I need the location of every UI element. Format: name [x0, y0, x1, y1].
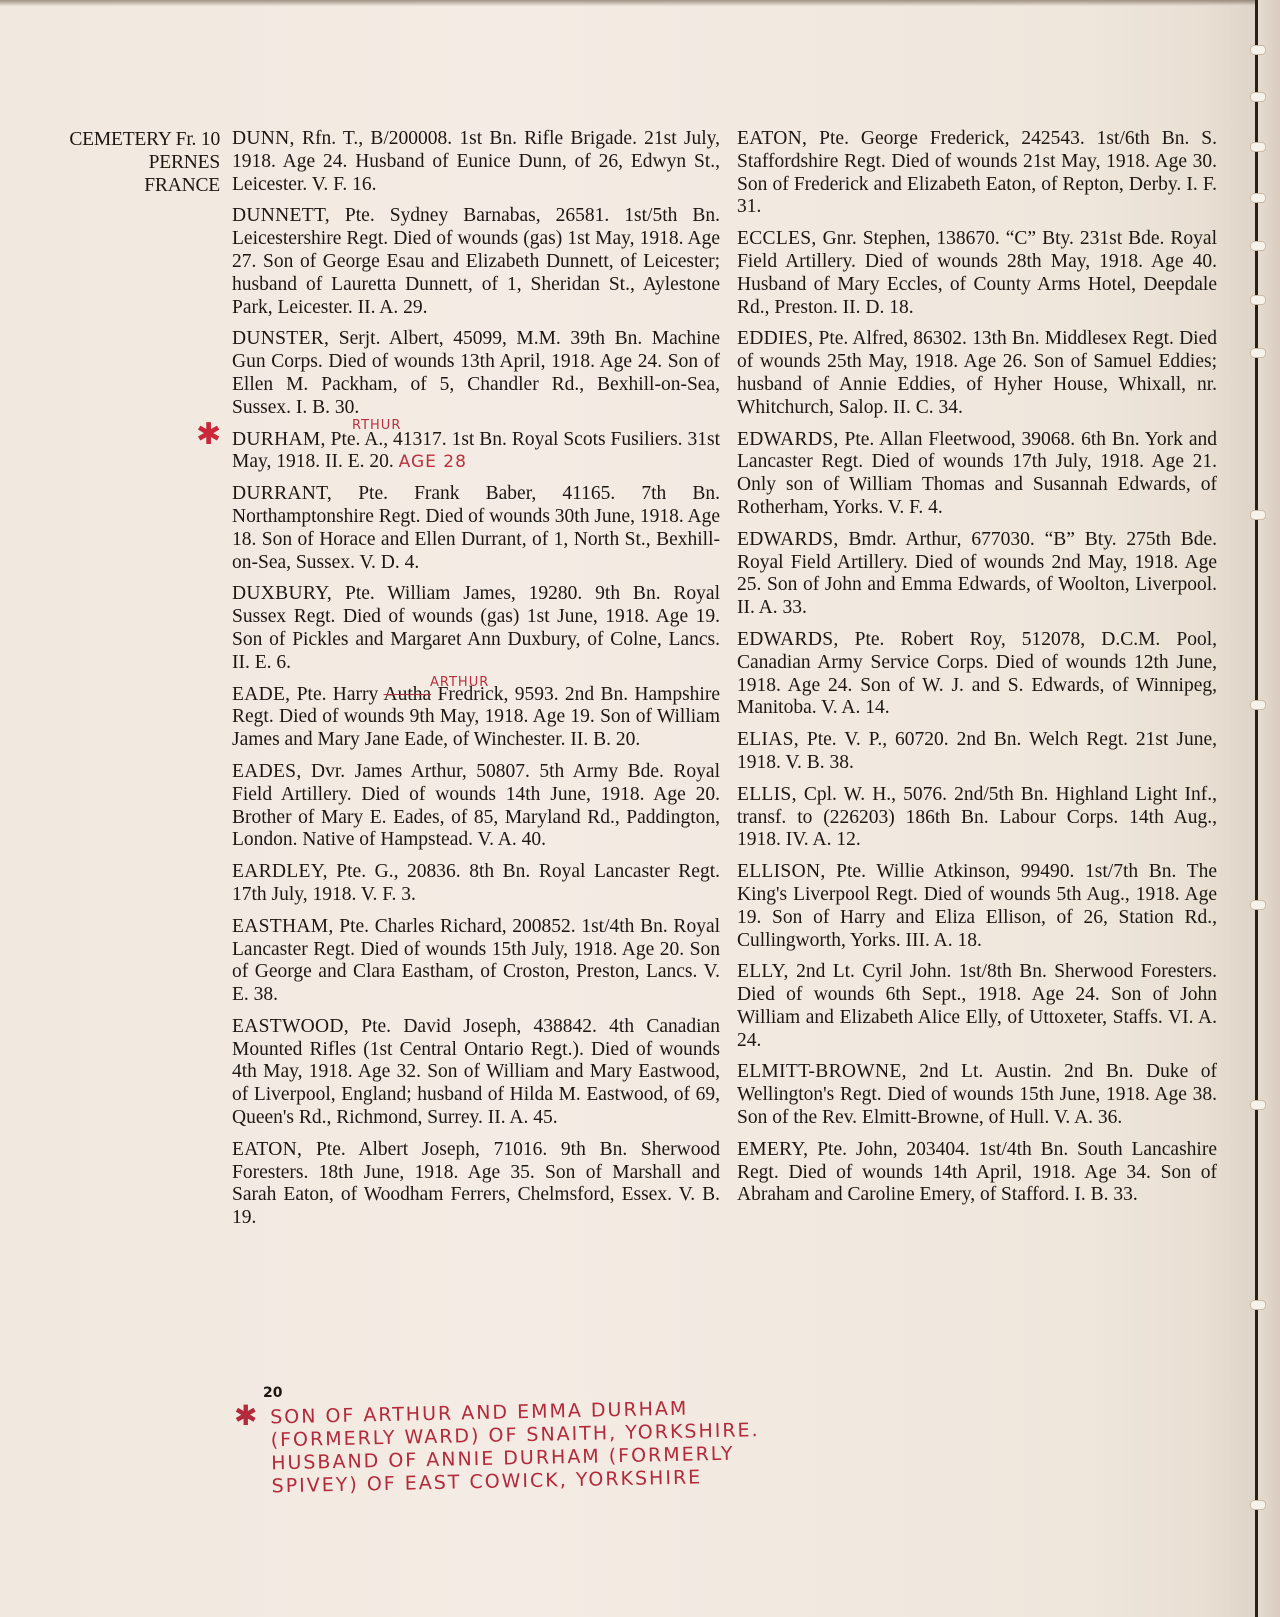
register-entry-eade: ARTHUR EADE, Pte. Harry Autha Fredrick, …	[232, 684, 720, 752]
binding-stitch	[1250, 92, 1266, 102]
entry-surname: DUNN,	[232, 128, 295, 149]
binding-stitch	[1250, 510, 1266, 520]
cemetery-label-line: CEMETERY Fr. 10	[20, 128, 220, 151]
entry-surname: DURHAM,	[232, 429, 326, 450]
binding-stitch	[1250, 900, 1266, 910]
register-entry: DUNN, Rfn. T., B/200008. 1st Bn. Rifle B…	[232, 128, 720, 196]
register-entry: ELLIS, Cpl. W. H., 5076. 2nd/5th Bn. Hig…	[737, 784, 1217, 852]
entry-details: 2nd Lt. Cyril John. 1st/8th Bn. Sherwood…	[737, 961, 1217, 1050]
entry-surname: ELIAS,	[737, 729, 799, 750]
binding-stitch	[1250, 142, 1266, 152]
register-entry: EATON, Pte. George Frederick, 242543. 1s…	[737, 128, 1217, 219]
handwritten-age: AGE 28	[399, 452, 467, 472]
entry-surname: EATON,	[232, 1139, 302, 1160]
register-entry: DUNNETT, Pte. Sydney Barnabas, 26581. 1s…	[232, 205, 720, 319]
left-column: DUNN, Rfn. T., B/200008. 1st Bn. Rifle B…	[232, 128, 720, 1239]
entry-details: Pte. John, 203404. 1st/4th Bn. South Lan…	[737, 1139, 1217, 1206]
entry-details: Pte. Harry	[297, 684, 384, 705]
entry-surname: ECCLES,	[737, 228, 817, 249]
right-column: EATON, Pte. George Frederick, 242543. 1s…	[737, 128, 1217, 1216]
handwritten-annotation: RTHUR	[352, 415, 401, 438]
binding-stitch	[1250, 348, 1266, 358]
entry-surname: EDWARDS,	[737, 629, 839, 650]
entry-details: Pte. Albert Joseph, 71016. 9th Bn. Sherw…	[232, 1139, 720, 1228]
entry-surname: DURRANT,	[232, 483, 332, 504]
binding-stitch	[1250, 1500, 1266, 1510]
register-entry: EASTHAM, Pte. Charles Richard, 200852. 1…	[232, 916, 720, 1007]
register-entry: EDWARDS, Pte. Allan Fleetwood, 39068. 6t…	[737, 429, 1217, 520]
cemetery-label-line: PERNES	[20, 151, 220, 174]
binding-stitch	[1250, 295, 1266, 305]
binding-stitch	[1250, 1100, 1266, 1110]
register-entry: ECCLES, Gnr. Stephen, 138670. “C” Bty. 2…	[737, 228, 1217, 319]
entry-surname: DUNSTER,	[232, 328, 329, 349]
register-entry: EATON, Pte. Albert Joseph, 71016. 9th Bn…	[232, 1139, 720, 1230]
register-entry: ELIAS, Pte. V. P., 60720. 2nd Bn. Welch …	[737, 729, 1217, 775]
entry-details: Rfn. T., B/200008. 1st Bn. Rifle Brigade…	[232, 128, 720, 195]
entry-surname: ELLIS,	[737, 784, 797, 805]
entry-surname: DUXBURY,	[232, 583, 332, 604]
asterisk-icon: ✱	[196, 424, 221, 447]
cemetery-label: CEMETERY Fr. 10 PERNES FRANCE	[20, 128, 220, 197]
entry-surname: EASTHAM,	[232, 916, 334, 937]
register-entry: EARDLEY, Pte. G., 20836. 8th Bn. Royal L…	[232, 861, 720, 907]
entry-surname: DUNNETT,	[232, 205, 330, 226]
binding-stitch	[1250, 700, 1266, 710]
register-entry: EMERY, Pte. John, 203404. 1st/4th Bn. So…	[737, 1139, 1217, 1207]
register-entry: EDWARDS, Pte. Robert Roy, 512078, D.C.M.…	[737, 629, 1217, 720]
entry-surname: EDWARDS,	[737, 529, 839, 550]
entry-surname: ELMITT-BROWNE,	[737, 1061, 907, 1082]
entry-surname: EATON,	[737, 128, 807, 149]
entry-surname: EMERY,	[737, 1139, 808, 1160]
binding-stitch	[1250, 45, 1266, 55]
handwritten-correction: ARTHUR	[430, 672, 489, 695]
entry-surname: EADES,	[232, 761, 302, 782]
entry-details: Pte. George Frederick, 242543. 1st/6th B…	[737, 128, 1217, 217]
handwritten-footnote: ✱ SON OF ARTHUR AND EMMA DURHAM (FORMERL…	[240, 1407, 800, 1499]
register-entry: ELMITT-BROWNE, 2nd Lt. Austin. 2nd Bn. D…	[737, 1061, 1217, 1129]
register-entry: DURRANT, Pte. Frank Baber, 41165. 7th Bn…	[232, 483, 720, 574]
entry-surname: EASTWOOD,	[232, 1016, 349, 1037]
cemetery-label-line: FRANCE	[20, 174, 220, 197]
register-entry: EASTWOOD, Pte. David Joseph, 438842. 4th…	[232, 1016, 720, 1130]
binding-stitch	[1250, 1300, 1266, 1310]
struck-name: Autha	[384, 684, 432, 705]
register-entry: EDDIES, Pte. Alfred, 86302. 13th Bn. Mid…	[737, 328, 1217, 419]
register-entry: ELLISON, Pte. Willie Atkinson, 99490. 1s…	[737, 861, 1217, 952]
entry-details: Pte. V. P., 60720. 2nd Bn. Welch Regt. 2…	[737, 729, 1217, 773]
register-entry: EDWARDS, Bmdr. Arthur, 677030. “B” Bty. …	[737, 529, 1217, 620]
page-number: 20	[263, 1385, 282, 1401]
entry-surname: EADE,	[232, 684, 290, 705]
entry-surname: EDDIES,	[737, 328, 813, 349]
register-entry: DUNSTER, Serjt. Albert, 45099, M.M. 39th…	[232, 328, 720, 419]
binding-stitch	[1250, 241, 1266, 251]
page-top-shadow	[0, 0, 1280, 6]
binding-stitch	[1250, 193, 1266, 203]
entry-details: Cpl. W. H., 5076. 2nd/5th Bn. Highland L…	[737, 784, 1217, 851]
register-entry: ELLY, 2nd Lt. Cyril John. 1st/8th Bn. Sh…	[737, 961, 1217, 1052]
register-entry: EADES, Dvr. James Arthur, 50807. 5th Arm…	[232, 761, 720, 852]
entry-surname: ELLISON,	[737, 861, 826, 882]
entry-surname: ELLY,	[737, 961, 789, 982]
entry-surname: EARDLEY,	[232, 861, 328, 882]
entry-details: Dvr. James Arthur, 50807. 5th Army Bde. …	[232, 761, 720, 850]
entry-surname: EDWARDS,	[737, 429, 839, 450]
register-entry-durham: ✱ RTHUR DURHAM, Pte. A., 41317. 1st Bn. …	[232, 429, 720, 475]
register-entry: DUXBURY, Pte. William James, 19280. 9th …	[232, 583, 720, 674]
